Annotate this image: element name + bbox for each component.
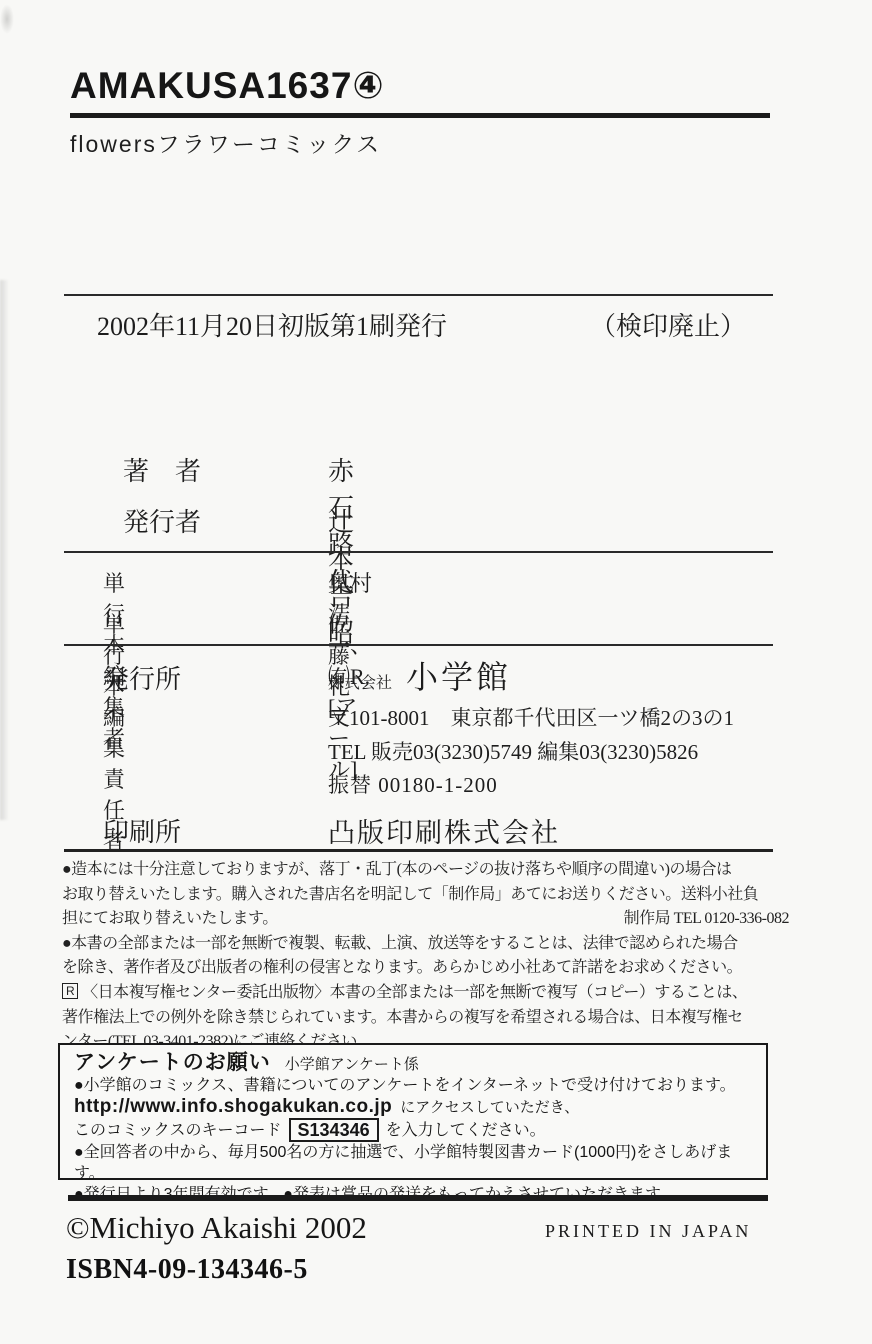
footer-rule xyxy=(68,1195,768,1201)
printed-in-japan: PRINTED IN JAPAN xyxy=(545,1221,751,1242)
edition-note: （検印廃止） xyxy=(590,306,746,343)
boxed-r-mark: R xyxy=(62,983,78,999)
survey-subtitle: 小学館アンケート係 xyxy=(285,1054,419,1075)
edition-top-rule xyxy=(64,294,773,296)
publisher-address: 〒101-8001 東京都千代田区一ツ橋2の3の1 xyxy=(328,702,734,732)
scan-artifact xyxy=(0,4,14,34)
survey-box: アンケートのお願い 小学館アンケート係 ●小学館のコミックス、書籍についてのアン… xyxy=(58,1043,768,1180)
isbn-number: ISBN4-09-134346-5 xyxy=(66,1254,308,1286)
publisher-company-name: 小学館 xyxy=(406,652,511,698)
survey-keycode-row: このコミックスのキーコード S134346 を入力してください。 xyxy=(74,1118,752,1142)
survey-title: アンケートのお願い xyxy=(74,1052,271,1073)
legal-line-left: 担にてお取り替えいたします。 xyxy=(62,907,278,932)
legal-line: 著作権法上での例外を除き禁じられています。本書からの複写を希望される場合は、日本… xyxy=(62,1006,789,1031)
legal-line-text: 〈日本複写権センター委託出版物〉本書の全部または一部を無断で複写（コピー）するこ… xyxy=(82,984,747,1001)
editors-top-rule xyxy=(64,551,773,553)
legal-line: ●本書の全部または一部を無断で複製、転載、上演、放送等をすることは、法律で認めら… xyxy=(62,932,789,957)
survey-url-row: http://www.info.shogakukan.co.jp にアクセスして… xyxy=(74,1096,752,1118)
publisher-top-rule xyxy=(64,644,773,646)
survey-url-suffix: にアクセスしていただき、 xyxy=(400,1097,579,1118)
keycode-prefix: このコミックスのキーコード xyxy=(74,1120,282,1141)
legal-line: を除き、著作者及び出版者の権利の侵害となります。あらかじめ小社あて許諾をお求めく… xyxy=(62,956,789,981)
author-label: 著 者 xyxy=(123,451,213,488)
edition-date: 2002年11月20日初版第1刷発行 xyxy=(97,312,447,341)
colophon-page: AMAKUSA1637④ flowersフラワーコミックス 2002年11月20… xyxy=(0,0,872,1344)
keycode-value: S134346 xyxy=(289,1118,379,1142)
legal-line: R〈日本複写権センター委託出版物〉本書の全部または一部を無断で複写（コピー）する… xyxy=(62,981,789,1006)
legal-top-rule xyxy=(64,849,773,852)
legal-line: ●造本には十分注意しておりますが、落丁・乱丁(本のページの抜け落ちや順序の間違い… xyxy=(62,858,789,883)
edition-row: 2002年11月20日初版第1刷発行 （検印廃止） xyxy=(97,306,777,343)
printer-label: 印刷所 xyxy=(103,812,181,849)
survey-header: アンケートのお願い 小学館アンケート係 xyxy=(74,1052,752,1075)
production-bureau-tel: 制作局 TEL 0120-336-082 xyxy=(624,907,789,932)
publisher-postal-transfer: 振替 00180-1-200 xyxy=(328,769,498,799)
survey-line: ●小学館のコミックス、書籍についてのアンケートをインターネットで受け付けておりま… xyxy=(74,1075,752,1096)
legal-line: 担にてお取り替えいたします。 制作局 TEL 0120-336-082 xyxy=(62,907,789,932)
survey-line: ●全回答者の中から、毎月500名の方に抽選で、小学館特製図書カード(1000円)… xyxy=(74,1142,752,1184)
scan-artifact xyxy=(0,280,9,820)
title-divider-rule xyxy=(70,113,770,118)
legal-line: お取り替えいたします。購入された書店名を明記して「制作局」あてにお送りください。… xyxy=(62,883,789,908)
imprint-line: flowersフラワーコミックス xyxy=(70,126,381,159)
publisher-person-label: 発行者 xyxy=(123,502,213,539)
printer-name: 凸版印刷株式会社 xyxy=(328,811,560,850)
survey-url: http://www.info.shogakukan.co.jp xyxy=(74,1096,392,1117)
keycode-suffix: を入力してください。 xyxy=(386,1120,546,1141)
publisher-company-prefix: 株式会社 xyxy=(328,670,392,693)
publisher-tel: TEL 販売03(3230)5749 編集03(3230)5826 xyxy=(328,736,698,766)
book-title: AMAKUSA1637④ xyxy=(70,64,385,107)
legal-notice: ●造本には十分注意しておりますが、落丁・乱丁(本のページの抜け落ちや順序の間違い… xyxy=(62,858,789,1055)
publisher-company: 株式会社 小学館 xyxy=(328,652,511,698)
publisher-label: 発行所 xyxy=(103,659,181,696)
copyright-line: ©Michiyo Akaishi 2002 xyxy=(66,1210,367,1246)
